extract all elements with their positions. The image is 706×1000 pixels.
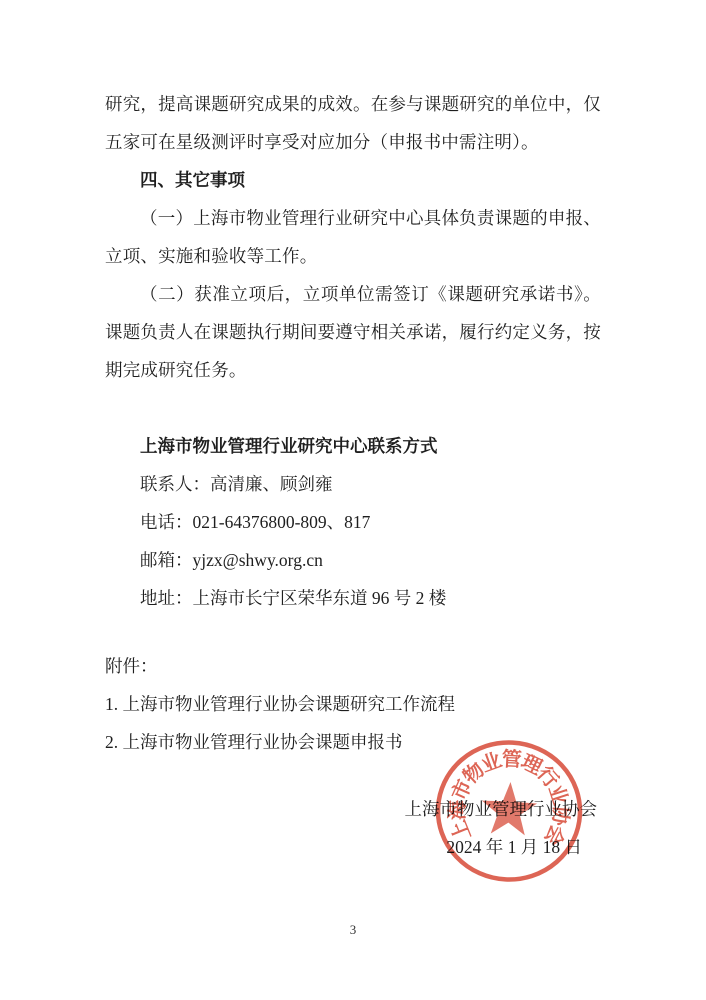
clause-1: （一）上海市物业管理行业研究中心具体负责课题的申报、立项、实施和验收等工作。 xyxy=(105,199,601,275)
contact-phone: 电话：021-64376800-809、817 xyxy=(105,503,601,541)
document-page: 研究，提高课题研究成果的成效。在参与课题研究的单位中，仅五家可在星级测评时享受对… xyxy=(0,0,706,1000)
page-number: 3 xyxy=(0,922,706,938)
contact-block: 上海市物业管理行业研究中心联系方式 联系人：高清廉、顾剑雍 电话：021-643… xyxy=(105,427,601,617)
contact-address: 地址：上海市长宁区荣华东道 96 号 2 楼 xyxy=(105,579,601,617)
seal-star xyxy=(480,781,538,836)
contact-heading: 上海市物业管理行业研究中心联系方式 xyxy=(105,427,601,465)
attachments-label: 附件： xyxy=(105,647,601,685)
contact-email: 邮箱：yjzx@shwy.org.cn xyxy=(105,541,601,579)
section-heading-other-matters: 四、其它事项 xyxy=(105,161,601,199)
contact-person: 联系人：高清廉、顾剑雍 xyxy=(105,465,601,503)
official-seal: 上海市物业管理行业协会 xyxy=(424,726,594,896)
body-paragraph-continuation: 研究，提高课题研究成果的成效。在参与课题研究的单位中，仅五家可在星级测评时享受对… xyxy=(105,85,601,161)
clause-2: （二）获准立项后，立项单位需签订《课题研究承诺书》。课题负责人在课题执行期间要遵… xyxy=(105,275,601,389)
attachment-item-1: 1. 上海市物业管理行业协会课题研究工作流程 xyxy=(105,685,601,723)
